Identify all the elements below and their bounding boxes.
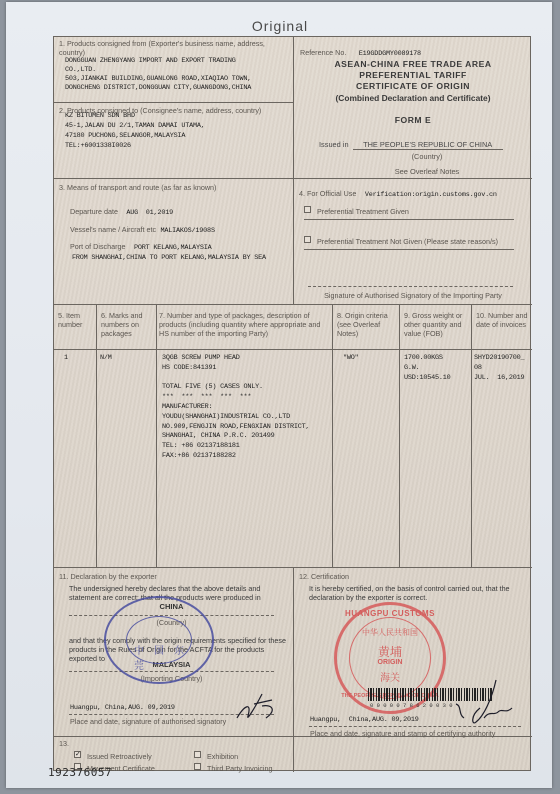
- exporter-signature-caption: Place and date, signature of authorised …: [70, 717, 226, 726]
- form-title-line-2: PREFERENTIAL TARIFF: [294, 70, 532, 81]
- consignee-line-3: 47180 PUCHONG,SELANGOR,MALAYSIA: [65, 132, 185, 141]
- header-marks: 6. Marks and numbers on packages: [101, 311, 151, 338]
- stamp-top-text: HUANGPU CUSTOMS: [337, 609, 443, 618]
- form-e-label: FORM E: [294, 115, 532, 126]
- preferential-not-given-checkbox[interactable]: [304, 236, 311, 243]
- third-party-invoicing-label: Third Party Invoicing: [207, 764, 273, 773]
- reference-row: Reference No. E19GDDGMY0089178: [300, 42, 421, 60]
- header-item-number: 5. Item number: [58, 311, 94, 329]
- consignee-line-1: KZ BITUMEN SDN BHD: [65, 112, 135, 121]
- cell-item-number: 1: [64, 354, 68, 363]
- exporter-line-1: DONGGUAN ZHENGYANG IMPORT AND EXPORT TRA…: [65, 57, 236, 66]
- vessel-label: Vessel's name / Aircraft etc: [70, 225, 156, 234]
- port-row: Port of Discharge PORT KELANG,MALAYSIA: [70, 236, 212, 254]
- stamp-center-text: 黄埔: [337, 643, 443, 660]
- preferential-not-given-row: Preferential Treatment Not Given (Please…: [304, 231, 514, 250]
- departure-date: AUG 01,2019: [126, 209, 173, 217]
- cell-description: 3QGB SCREW PUMP HEAD HS CODE:841391 TOTA…: [162, 354, 309, 462]
- box-reference-title: Reference No. E19GDDGMY0089178 ASEAN-CHI…: [294, 37, 532, 179]
- verification-url: Verification:origin.customs.gov.cn: [365, 191, 497, 199]
- importer-signature-caption: Signature of Authorised Signatory of the…: [294, 291, 532, 300]
- exporter-line-4: DONGCHENG DISTRICT,DONGGUAN CITY,GUANGDO…: [65, 84, 251, 93]
- exporter-company-stamp: 中国东莞: [104, 596, 214, 684]
- certifier-place-date: Huangpu, China,AUG. 09,2019: [310, 716, 419, 725]
- declaration-label: 11. Declaration by the exporter: [59, 572, 157, 581]
- stamp-cn2-text: 海关: [337, 669, 443, 684]
- certifier-signature: [454, 678, 524, 728]
- route: FROM SHANGHAI,CHINA TO PORT KELANG,MALAY…: [72, 254, 266, 263]
- header-gross-weight: 9. Gross weight or other quantity and va…: [404, 311, 474, 338]
- cell-invoice: SHYD20190700_ 08 JUL. 16,2019: [474, 354, 524, 383]
- exporter-place-date: Huangpu, China,AUG. 09,2019: [70, 704, 175, 713]
- stamp-cn-text: 中华人民共和国: [337, 627, 443, 638]
- exporter-line-2: CO.,LTD.: [65, 66, 96, 75]
- official-use-label: 4. For Official Use: [299, 189, 356, 198]
- table-header: 5. Item number 6. Marks and numbers on p…: [54, 305, 532, 350]
- form-title-line-3: CERTIFICATE OF ORIGIN: [294, 81, 532, 92]
- header-description: 7. Number and type of packages, descript…: [159, 311, 324, 338]
- cell-origin-criteria: "WO": [343, 354, 359, 363]
- departure-row: Departure date AUG 01,2019: [70, 201, 173, 219]
- third-party-invoicing-option: Third Party Invoicing: [194, 758, 273, 776]
- certificate-form: 1. Products consigned from (Exporter's b…: [53, 36, 531, 771]
- overleaf-notes: See Overleaf Notes: [352, 167, 502, 176]
- preferential-given-row: Preferential Treatment Given: [304, 201, 514, 220]
- country-caption: (Country): [352, 152, 502, 161]
- document-title: Original: [0, 18, 560, 34]
- serial-number: 192376057: [48, 766, 112, 779]
- reference-label: Reference No.: [300, 48, 346, 57]
- certifier-signature-caption: Place and date, signature and stamp of c…: [310, 729, 495, 738]
- issued-in-country: THE PEOPLE'S REPUBLIC OF CHINA: [353, 140, 503, 150]
- third-party-invoicing-checkbox[interactable]: [194, 763, 201, 770]
- header-invoices: 10. Number and date of invoices: [476, 311, 530, 329]
- vessel-row: Vessel's name / Aircraft etc MALIAKOS/19…: [70, 219, 215, 237]
- port-of-discharge: PORT KELANG,MALAYSIA: [134, 244, 212, 252]
- barcode-number: 0 0 0 0 0 7 8 6 2 0 0 3 0: [370, 702, 453, 709]
- departure-label: Departure date: [70, 207, 118, 216]
- form-title-line-4: (Combined Declaration and Certificate): [294, 93, 532, 103]
- exporter-signature: [232, 686, 282, 726]
- box-official-use: 4. For Official Use Verification:origin.…: [294, 179, 532, 305]
- certifier-signature-line: [309, 726, 521, 727]
- official-use-row: 4. For Official Use Verification:origin.…: [299, 183, 497, 201]
- exporter-label: 1. Products consigned from (Exporter's b…: [59, 39, 289, 57]
- cell-gross-weight: 1700.00KGS G.W. USD:10545.10: [404, 354, 451, 383]
- form-title-line-1: ASEAN-CHINA FREE TRADE AREA: [294, 59, 532, 70]
- consignee-line-2: 45-1,JALAN DU 2/1,TAMAN DAMAI UTAMA,: [65, 122, 205, 131]
- header-origin-criteria: 8. Origin criteria (see Overleaf Notes): [337, 311, 399, 338]
- vessel-name: MALIAKOS/1908S: [161, 227, 215, 235]
- box-transport: 3. Means of transport and route (as far …: [54, 179, 294, 305]
- issued-in-row: Issued in THE PEOPLE'S REPUBLIC OF CHINA: [319, 140, 503, 150]
- box-consignee: 2. Products consigned to (Consignee's na…: [54, 103, 294, 179]
- cell-marks: N/M: [100, 354, 112, 363]
- certification-text: It is hereby certified, on the basis of …: [309, 584, 529, 602]
- preferential-given-checkbox[interactable]: [304, 206, 311, 213]
- consignee-line-4: TEL:+6001338I0026: [65, 142, 131, 151]
- stamp-cn-text: 中国东莞: [134, 642, 212, 672]
- box-exporter: 1. Products consigned from (Exporter's b…: [54, 37, 294, 103]
- box-13-label: 13.: [59, 739, 69, 748]
- box-certification: 12. Certification It is hereby certified…: [294, 567, 532, 737]
- box-declaration: 11. Declaration by the exporter The unde…: [54, 567, 294, 737]
- transport-label: 3. Means of transport and route (as far …: [59, 183, 216, 192]
- preferential-not-given-label: Preferential Treatment Not Given (Please…: [317, 237, 498, 246]
- stamp-origin-text: ORIGIN: [337, 659, 443, 666]
- issued-in-label: Issued in: [319, 140, 349, 149]
- table-row: 1 N/M 3QGB SCREW PUMP HEAD HS CODE:84139…: [54, 350, 532, 567]
- reference-number: E19GDDGMY0089178: [359, 50, 421, 58]
- exporter-line-3: 503,JIANKAI BUILDING,GUANLONG ROAD,XIAQI…: [65, 75, 251, 84]
- certification-label: 12. Certification: [299, 572, 349, 581]
- preferential-given-label: Preferential Treatment Given: [317, 207, 409, 216]
- importer-signature-line: [308, 286, 513, 287]
- port-label: Port of Discharge: [70, 242, 126, 251]
